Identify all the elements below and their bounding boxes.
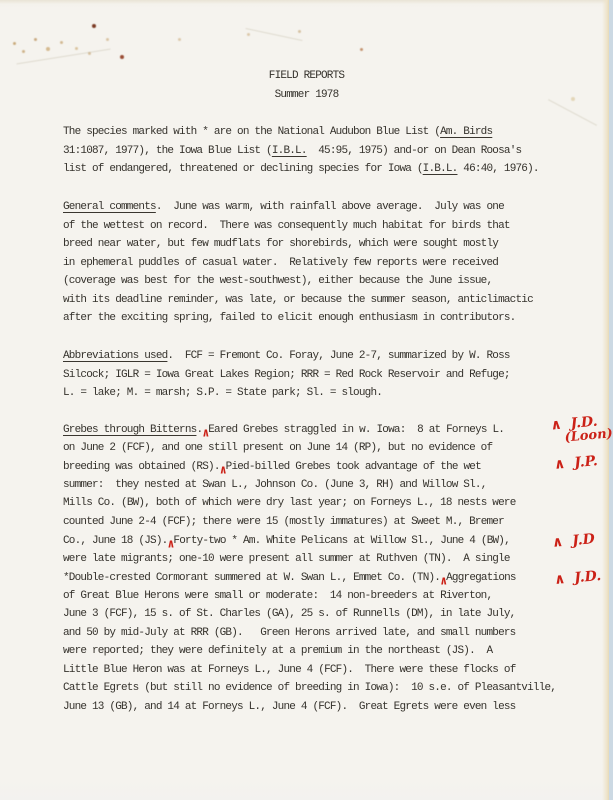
text-segment: took advantage of the wet	[330, 461, 481, 473]
text-line: summer: they nested at Swan L., Johnson …	[63, 476, 556, 495]
text-segment: after the exciting spring, failed to eli…	[63, 312, 516, 324]
paper-stain	[22, 50, 25, 53]
paper-right-edge	[602, 0, 609, 800]
text-line: L. = lake; M. = marsh; S.P. = State park…	[63, 384, 510, 403]
red-caret-icon: ∧	[220, 462, 226, 481]
text-line: breed near water, but few mudflats for s…	[63, 235, 533, 254]
text-segment: 46:40, 1976).	[457, 163, 538, 175]
underlined-heading-text: General comments	[63, 201, 156, 213]
underlined-heading-text: I.B.L.	[272, 145, 307, 157]
red-underlined-text: W. Swan L., Emmet Co	[283, 572, 399, 584]
paper-stain	[75, 47, 78, 50]
text-segment: . (TN).	[400, 572, 441, 584]
text-line: General comments. June was warm, with ra…	[63, 198, 533, 217]
text-line: Co., June 18 (JS).∧Forty-two * Am. White…	[63, 531, 556, 550]
margin-note-line: ∧ J.D	[551, 532, 595, 550]
intro-paragraph: The species marked with * are on the Nat…	[63, 123, 539, 179]
red-underlined-text: all summer at Ruthven	[295, 553, 417, 565]
underlined-heading-text: Abbreviations used	[63, 350, 167, 362]
text-segment: . (June 3, RH) and Willow Sl.,	[312, 479, 486, 491]
text-segment: Cattle Egrets (but still no evidence of …	[63, 682, 556, 694]
paper-stain	[92, 24, 96, 28]
paper-crease	[17, 49, 111, 65]
text-segment: (FCF). There were these flocks of	[312, 664, 515, 676]
text-line: after the exciting spring, failed to eli…	[63, 309, 533, 328]
red-caret-icon: ∧	[440, 573, 446, 592]
text-line: breeding was obtained (RS).∧Pied-billed …	[63, 457, 556, 476]
text-segment: were present	[214, 553, 295, 565]
text-line: (coverage was best for the west-southwes…	[63, 272, 533, 291]
paper-stain	[46, 47, 50, 51]
margin-note-initials: J.D.	[574, 568, 602, 586]
red-underlined-text: single	[475, 553, 510, 565]
red-caret-icon: ∧	[202, 425, 208, 444]
text-line: The species marked with * are on the Nat…	[63, 123, 539, 142]
text-segment: list of endangered, threatened or declin…	[63, 163, 423, 175]
text-segment: June 13 (GB), and 14 at Forneys L., June…	[63, 701, 516, 713]
red-caret-icon: ∧	[167, 536, 173, 555]
text-line: were late migrants; one-10 were present …	[63, 550, 556, 569]
text-line: with its deadline reminder, was late, or…	[63, 291, 533, 310]
text-segment: and 50 by mid-July at RRR (GB). Green He…	[63, 627, 516, 639]
text-segment: Aggregations	[446, 572, 516, 584]
text-segment: . FCF = Fremont Co. Foray, June 2-7, sum…	[167, 350, 509, 362]
text-segment: were late migrants;	[63, 553, 179, 565]
margin-note: ∧ J.D	[551, 532, 595, 550]
text-line: 31:1087, 1977), the Iowa Blue List (I.B.…	[63, 142, 539, 161]
text-line: list of endangered, threatened or declin…	[63, 160, 539, 179]
text-segment: . (BW), both of which were dry last year…	[109, 497, 370, 509]
red-underlined-text: Forty-two * Am. White Pelicans at Willow…	[173, 535, 463, 547]
margin-note-line: ∧ J.P.	[553, 454, 598, 472]
scanned-document-page: FIELD REPORTS Summer 1978 The species ma…	[0, 0, 613, 800]
general-comments-paragraph: General comments. June was warm, with ra…	[63, 198, 533, 328]
text-line: Mills Co. (BW), both of which were dry l…	[63, 494, 556, 513]
paper-stain	[247, 33, 250, 36]
abbreviations-paragraph: Abbreviations used. FCF = Fremont Co. Fo…	[63, 347, 510, 403]
text-segment: were reported; they were definitely at a…	[63, 645, 492, 657]
text-segment: 31:1087, 1977), the Iowa Blue List (	[63, 145, 272, 157]
text-segment: was at	[162, 664, 208, 676]
text-segment: , 18 nests were	[429, 497, 516, 509]
paper-stain	[571, 97, 575, 101]
text-segment: on June 2 (FCF), and one still present o…	[63, 442, 492, 454]
red-underlined-text: Johnson Co	[254, 479, 312, 491]
caret-icon: ∧	[553, 455, 575, 473]
grebes-through-bitterns-paragraph: Grebes through Bitterns.∧Eared Grebes st…	[63, 420, 556, 716]
text-segment: 45:95, 1975) and-or on Dean Roosa's	[307, 145, 522, 157]
caret-icon: ∧	[553, 570, 575, 588]
red-underlined-text: Eared Grebes straggled in w. Iowa	[208, 424, 399, 436]
margin-note-initials: J.D	[572, 531, 596, 549]
text-line: *Double-crested Cormorant summered at W.…	[63, 568, 556, 587]
red-underlined-text: *Double-crested	[63, 572, 150, 584]
margin-note: ∧ J.P.	[553, 454, 598, 472]
paper-crease	[246, 28, 303, 41]
text-segment: . June was warm, with rainfall above ave…	[156, 201, 504, 213]
text-segment: of Great Blue Herons were small or moder…	[63, 590, 492, 602]
text-segment: in ephemeral puddles of casual water. Re…	[63, 257, 498, 269]
text-segment: of the wettest on record. There was cons…	[63, 220, 510, 232]
text-segment: summer: they	[63, 479, 144, 491]
margin-note: ∧ J.D.(Loon)	[550, 413, 613, 446]
text-segment: with its deadline reminder, was late, or…	[63, 294, 533, 306]
paper-stain	[13, 42, 16, 45]
text-segment: ., Bremer	[452, 516, 504, 528]
paper-stain	[298, 30, 301, 33]
text-line: June 3 (FCF), 15 s. of St. Charles (GA),…	[63, 605, 556, 624]
red-underlined-text: Mills Co	[63, 497, 109, 509]
text-segment: 4 (BW),	[463, 535, 509, 547]
text-line: counted June 2-4 (FCF); there were 15 (m…	[63, 513, 556, 532]
text-segment: L. = lake; M. = marsh; S.P. = State park…	[63, 387, 382, 399]
text-segment: Cormorant summered at	[150, 572, 283, 584]
text-segment: breed near water, but few mudflats for s…	[63, 238, 498, 250]
text-segment: at Swan L.,	[179, 479, 254, 491]
paper-stain	[120, 55, 124, 59]
text-line: Grebes through Bitterns.∧Eared Grebes st…	[63, 420, 556, 439]
text-line: Abbreviations used. FCF = Fremont Co. Fo…	[63, 347, 510, 366]
text-segment: (coverage was best for the west-southwes…	[63, 275, 492, 287]
title-block: FIELD REPORTS Summer 1978	[0, 67, 613, 104]
text-segment: June 3 (FCF), 15 s. of St. Charles (GA),…	[63, 608, 516, 620]
page-subtitle: Summer 1978	[0, 86, 613, 105]
paper-stain	[360, 48, 363, 51]
paper-stain	[34, 38, 37, 41]
margin-note: ∧ J.D.	[553, 569, 601, 587]
text-line: of Great Blue Herons were small or moder…	[63, 587, 556, 606]
text-segment: breeding was obtained (RS).	[63, 461, 220, 473]
red-underlined-text: Forneys L.	[370, 497, 428, 509]
red-underlined-text: Pied-billed Grebes	[226, 461, 330, 473]
red-underlined-text: nested	[144, 479, 179, 491]
margin-note-line: ∧ J.D.	[553, 569, 601, 587]
text-line: on June 2 (FCF), and one still present o…	[63, 439, 556, 458]
red-underlined-text: one-10	[179, 553, 214, 565]
red-underlined-text: Forneys L., June 4	[208, 664, 312, 676]
scan-top-edge	[0, 0, 613, 4]
text-line: were reported; they were definitely at a…	[63, 642, 556, 661]
red-underlined-text: Sweet M	[411, 516, 452, 528]
page-title: FIELD REPORTS	[0, 67, 613, 86]
text-line: Cattle Egrets (but still no evidence of …	[63, 679, 556, 698]
text-segment: (TN). A	[417, 553, 475, 565]
scan-background-strip	[609, 0, 613, 800]
text-line: June 13 (GB), and 14 at Forneys L., June…	[63, 698, 556, 717]
text-segment: counted June 2-4 (FCF); there were 15 (m…	[63, 516, 411, 528]
paper-stain	[60, 41, 63, 44]
text-line: Little Blue Heron was at Forneys L., Jun…	[63, 661, 556, 680]
underlined-heading-text: Am. Birds	[440, 126, 492, 138]
text-segment: : 8 at Forneys L.	[400, 424, 504, 436]
paper-stain	[178, 38, 181, 41]
caret-icon: ∧	[551, 533, 573, 551]
margin-note-initials: J.P.	[574, 453, 599, 471]
text-line: in ephemeral puddles of casual water. Re…	[63, 254, 533, 273]
text-segment: Silcock; IGLR = Iowa Great Lakes Region;…	[63, 369, 510, 381]
text-segment: The species marked with * are on the Nat…	[63, 126, 440, 138]
red-underlined-text: Little Blue Heron	[63, 664, 162, 676]
text-line: of the wettest on record. There was cons…	[63, 217, 533, 236]
underlined-heading-text: Grebes through Bitterns	[63, 424, 196, 436]
text-segment: Co., June 18 (JS).	[63, 535, 167, 547]
underlined-heading-text: I.B.L.	[423, 163, 458, 175]
paper-stain	[106, 38, 109, 41]
text-line: and 50 by mid-July at RRR (GB). Green He…	[63, 624, 556, 643]
text-line: Silcock; IGLR = Iowa Great Lakes Region;…	[63, 366, 510, 385]
